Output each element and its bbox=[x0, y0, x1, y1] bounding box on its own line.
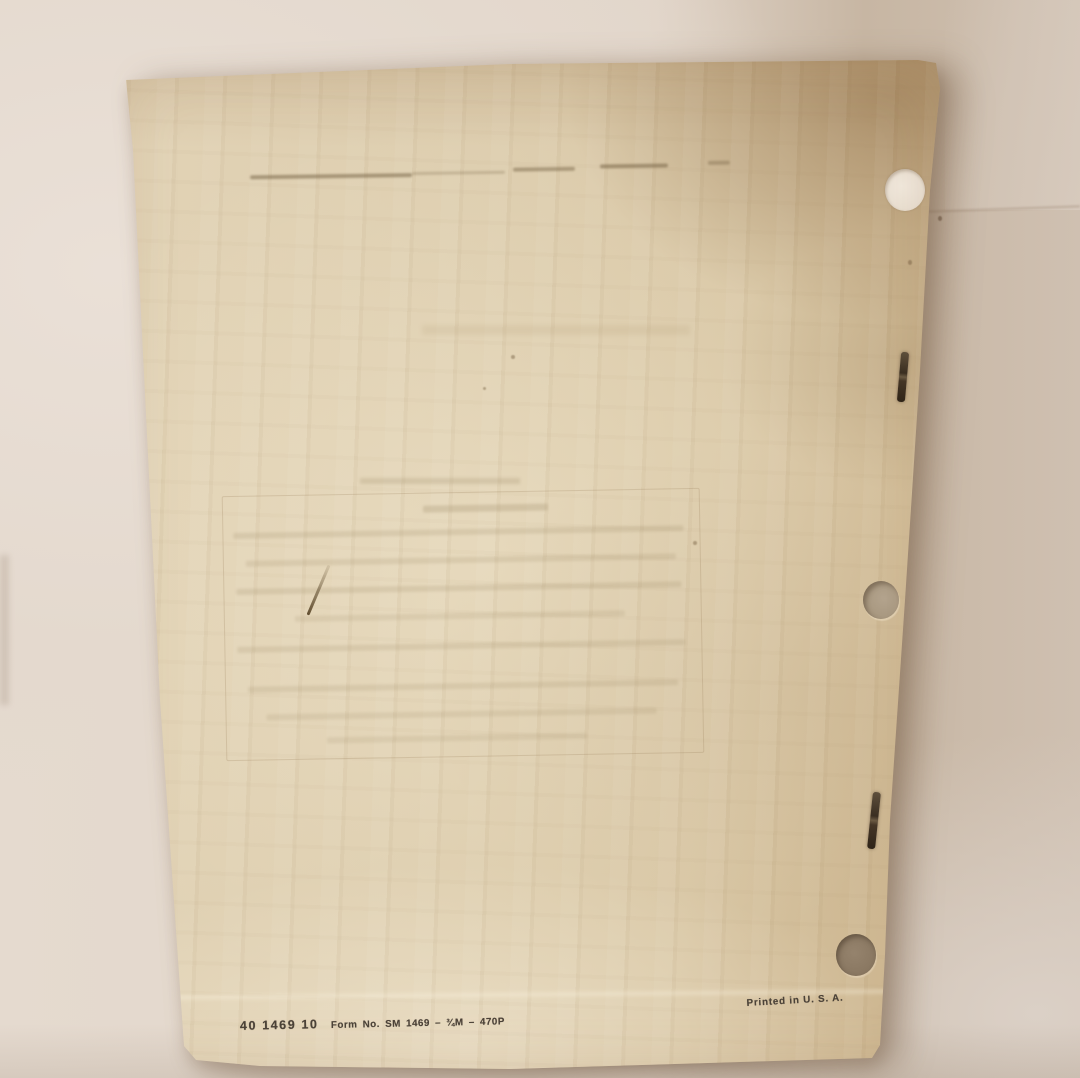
punch-hole-top bbox=[885, 169, 925, 211]
footer-part-number: 40 1469 10 bbox=[240, 1017, 319, 1033]
backdrop-corner-highlight bbox=[945, 0, 1080, 210]
punch-hole-bottom bbox=[836, 934, 876, 976]
manual-back-cover: 40 1469 10 Form No. SM 1469 – ¾M – 470P … bbox=[110, 55, 955, 1078]
bleedthrough-band bbox=[422, 325, 690, 335]
photo-scene: 40 1469 10 Form No. SM 1469 – ¾M – 470P … bbox=[0, 0, 1080, 1078]
paper-speck bbox=[511, 355, 515, 359]
footer-form-number: Form No. SM 1469 – ¾M – 470P bbox=[331, 1016, 505, 1031]
bleedthrough-heading bbox=[360, 478, 520, 484]
footer-printed-in-usa: Printed in U. S. A. bbox=[746, 993, 843, 1009]
bleedthrough-top-lines bbox=[245, 151, 875, 190]
staple-upper bbox=[897, 352, 909, 403]
staple-lower bbox=[867, 792, 881, 850]
paper-shadow-wrapper: 40 1469 10 Form No. SM 1469 – ¾M – 470P … bbox=[110, 55, 955, 1078]
bleedthrough-text-box bbox=[222, 488, 705, 761]
backdrop-left-shade bbox=[0, 555, 9, 705]
paper-speck bbox=[483, 387, 486, 390]
punch-hole-middle bbox=[863, 581, 899, 619]
paper-speck bbox=[693, 541, 697, 545]
footer-print-line: 40 1469 10 Form No. SM 1469 – ¾M – 470P … bbox=[235, 994, 876, 1051]
paper-speck bbox=[908, 260, 912, 265]
